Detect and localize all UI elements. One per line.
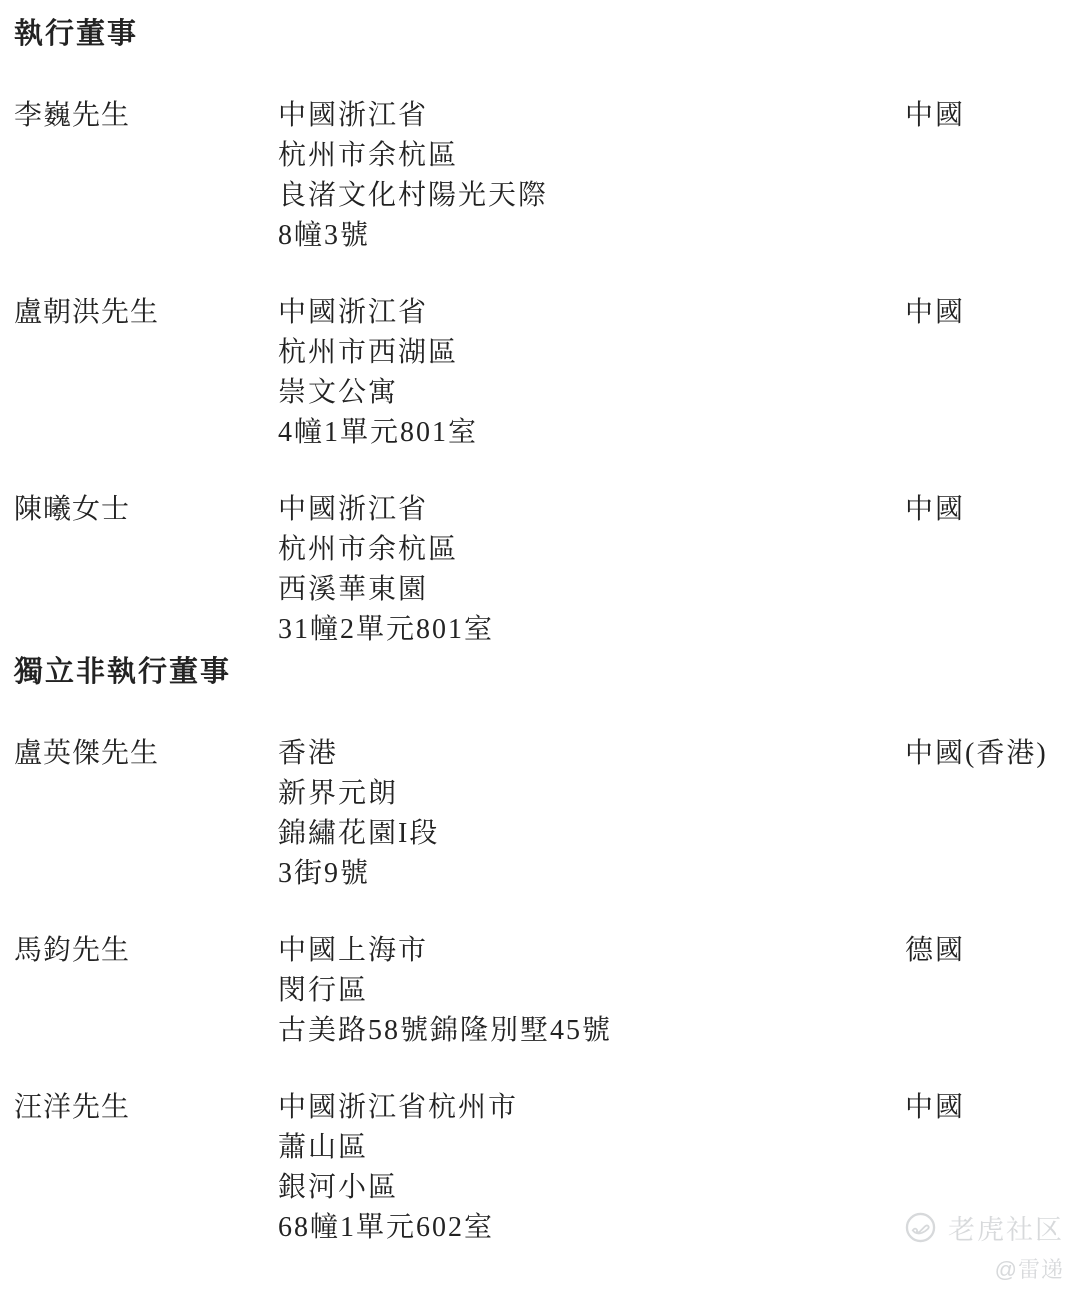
director-nationality: 中國	[905, 293, 1066, 333]
address-line: 香港	[278, 734, 905, 774]
director-nationality: 中國	[905, 490, 1066, 530]
address-line: 中國上海市	[278, 931, 905, 971]
tiger-logo-icon	[905, 1212, 936, 1243]
directors-list: 執行董事 李巍先生 中國浙江省杭州市余杭區良渚文化村陽光天際8幢3號 中國 盧朝…	[14, 14, 1066, 1248]
director-address: 中國浙江省杭州市余杭區西溪華東園31幢2單元801室	[278, 490, 905, 650]
director-nationality: 中國	[905, 1088, 1066, 1128]
director-address: 香港新界元朗錦繡花園I段3街9號	[278, 734, 905, 894]
watermark-brand-text: 老虎社区	[948, 1208, 1064, 1247]
address-line: 崇文公寓	[278, 373, 905, 413]
section-heading: 執行董事	[14, 14, 1066, 54]
director-section: 執行董事 李巍先生 中國浙江省杭州市余杭區良渚文化村陽光天際8幢3號 中國 盧朝…	[14, 14, 1066, 650]
section-rows: 李巍先生 中國浙江省杭州市余杭區良渚文化村陽光天際8幢3號 中國 盧朝洪先生 中…	[14, 96, 1066, 650]
watermark: 老虎社区 @雷递	[905, 1208, 1064, 1284]
address-line: 閔行區	[278, 971, 905, 1011]
address-line: 新界元朗	[278, 774, 905, 814]
director-address: 中國浙江省杭州市余杭區良渚文化村陽光天際8幢3號	[278, 96, 905, 256]
director-nationality: 中國(香港)	[905, 734, 1066, 774]
address-line: 8幢3號	[278, 216, 905, 256]
section-rows: 盧英傑先生 香港新界元朗錦繡花園I段3街9號 中國(香港) 馬鈞先生 中國上海市…	[14, 734, 1066, 1248]
address-line: 錦繡花園I段	[278, 814, 905, 854]
address-line: 中國浙江省杭州市	[278, 1088, 905, 1128]
watermark-handle-text: @雷递	[905, 1253, 1064, 1284]
table-row: 李巍先生 中國浙江省杭州市余杭區良渚文化村陽光天際8幢3號 中國	[14, 96, 1066, 256]
address-line: 31幢2單元801室	[278, 610, 905, 650]
director-nationality: 中國	[905, 96, 1066, 136]
address-line: 4幢1單元801室	[278, 413, 905, 453]
address-line: 68幢1單元602室	[278, 1208, 905, 1248]
table-row: 馬鈞先生 中國上海市閔行區古美路58號錦隆別墅45號 德國	[14, 931, 1066, 1051]
director-name: 盧英傑先生	[14, 734, 278, 774]
document-page: 執行董事 李巍先生 中國浙江省杭州市余杭區良渚文化村陽光天際8幢3號 中國 盧朝…	[0, 0, 1080, 1292]
director-name: 汪洋先生	[14, 1088, 278, 1128]
director-address: 中國上海市閔行區古美路58號錦隆別墅45號	[278, 931, 905, 1051]
director-nationality: 德國	[905, 931, 1066, 971]
table-row: 陳曦女士 中國浙江省杭州市余杭區西溪華東園31幢2單元801室 中國	[14, 490, 1066, 650]
director-address: 中國浙江省杭州市蕭山區銀河小區68幢1單元602室	[278, 1088, 905, 1248]
table-row: 盧英傑先生 香港新界元朗錦繡花園I段3街9號 中國(香港)	[14, 734, 1066, 894]
director-address: 中國浙江省杭州市西湖區崇文公寓4幢1單元801室	[278, 293, 905, 453]
director-name: 李巍先生	[14, 96, 278, 136]
address-line: 中國浙江省	[278, 96, 905, 136]
table-row: 盧朝洪先生 中國浙江省杭州市西湖區崇文公寓4幢1單元801室 中國	[14, 293, 1066, 453]
address-line: 3街9號	[278, 854, 905, 894]
section-heading: 獨立非執行董事	[14, 652, 1066, 692]
address-line: 中國浙江省	[278, 490, 905, 530]
director-name: 盧朝洪先生	[14, 293, 278, 333]
address-line: 古美路58號錦隆別墅45號	[278, 1011, 905, 1051]
director-name: 馬鈞先生	[14, 931, 278, 971]
address-line: 中國浙江省	[278, 293, 905, 333]
director-name: 陳曦女士	[14, 490, 278, 530]
address-line: 良渚文化村陽光天際	[278, 176, 905, 216]
address-line: 杭州市余杭區	[278, 530, 905, 570]
address-line: 杭州市西湖區	[278, 333, 905, 373]
address-line: 銀河小區	[278, 1168, 905, 1208]
address-line: 蕭山區	[278, 1128, 905, 1168]
address-line: 西溪華東園	[278, 570, 905, 610]
watermark-row: 老虎社区	[905, 1208, 1064, 1247]
director-section: 獨立非執行董事 盧英傑先生 香港新界元朗錦繡花園I段3街9號 中國(香港) 馬鈞…	[14, 652, 1066, 1248]
address-line: 杭州市余杭區	[278, 136, 905, 176]
